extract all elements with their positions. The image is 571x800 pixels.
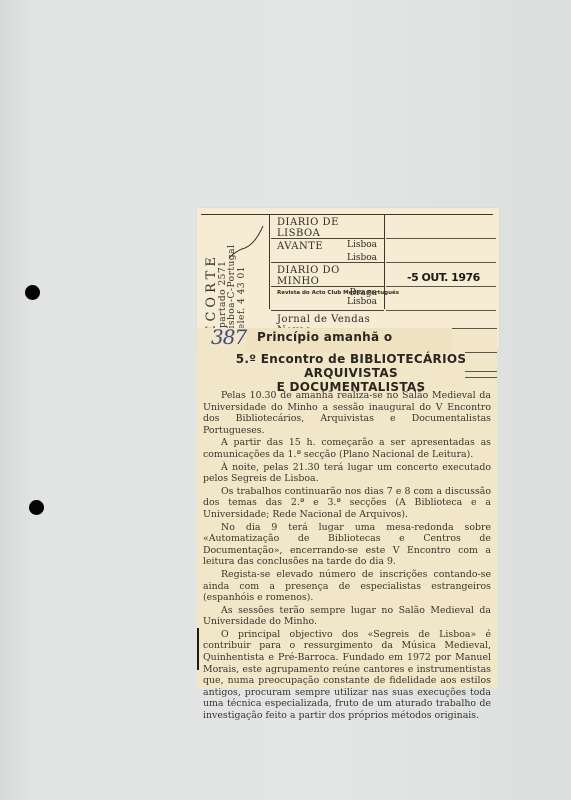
divider: [386, 310, 496, 311]
article-paragraph: Regista-se elevado número de inscrições …: [203, 569, 491, 604]
divider: [386, 286, 496, 287]
article-clipping: Princípio amanhã o 5.º Encontro de BIBLI…: [197, 328, 497, 688]
newspaper-entry: Revista do Acto Club Médico Português Li…: [271, 290, 383, 307]
newspaper-city: Lisboa: [271, 297, 383, 307]
article-body: Pelas 10.30 de amanhã realiza-se no Salã…: [203, 390, 491, 723]
article-kicker: Princípio amanhã o: [257, 330, 477, 344]
stamp-phone: Telef. 4 43 01: [238, 215, 247, 335]
newspaper-name: DIARIO DE LISBOA: [271, 217, 383, 239]
divider: [271, 310, 384, 311]
divider: [452, 328, 497, 329]
article-paragraph: Os trabalhos continuarão nos dias 7 e 8 …: [203, 486, 491, 521]
divider: [271, 238, 384, 239]
newspaper-name: AVANTE: [271, 241, 383, 252]
newspaper-name: Revista do Acto Club Médico Português: [271, 290, 383, 296]
article-paragraph: As sessões terão sempre lugar no Salão M…: [203, 605, 491, 628]
divider: [465, 371, 497, 372]
newspaper-name: DIARIO DO MINHO: [271, 265, 383, 287]
divider: [271, 262, 384, 263]
margin-mark: [197, 628, 199, 670]
headline-line-1: 5.º Encontro de BIBLIOTECÁRIOS ARQUIVIST…: [205, 352, 497, 380]
divider: [386, 238, 496, 239]
newspaper-entry: AVANTE Lisboa: [271, 241, 383, 263]
divider: [465, 377, 497, 378]
handwritten-catalog-number: 387: [211, 325, 246, 349]
article-paragraph: À noite, pelas 21.30 terá lugar um conce…: [203, 462, 491, 485]
punch-hole: [25, 285, 40, 300]
date-stamp: -5 OUT. 1976: [407, 271, 480, 284]
stamp-name: ECORTE: [205, 215, 219, 335]
punch-hole: [29, 500, 44, 515]
article-paragraph: No dia 9 terá lugar uma mesa-redonda sob…: [203, 522, 491, 568]
divider: [386, 262, 496, 263]
clipping-service-stamp: ECORTE Apartado 2571 Lisboa-C-Portugal T…: [205, 215, 265, 335]
article-paragraph: O principal objectivo dos «Segreis de Li…: [203, 629, 491, 722]
article-headline: 5.º Encontro de BIBLIOTECÁRIOS ARQUIVIST…: [205, 352, 497, 394]
article-paragraph: A partir das 15 h. começarão a ser apres…: [203, 437, 491, 460]
divider: [271, 286, 384, 287]
divider: [465, 352, 497, 353]
divider: [269, 214, 270, 309]
article-paragraph: Pelas 10.30 de amanhã realiza-se no Salã…: [203, 390, 491, 436]
